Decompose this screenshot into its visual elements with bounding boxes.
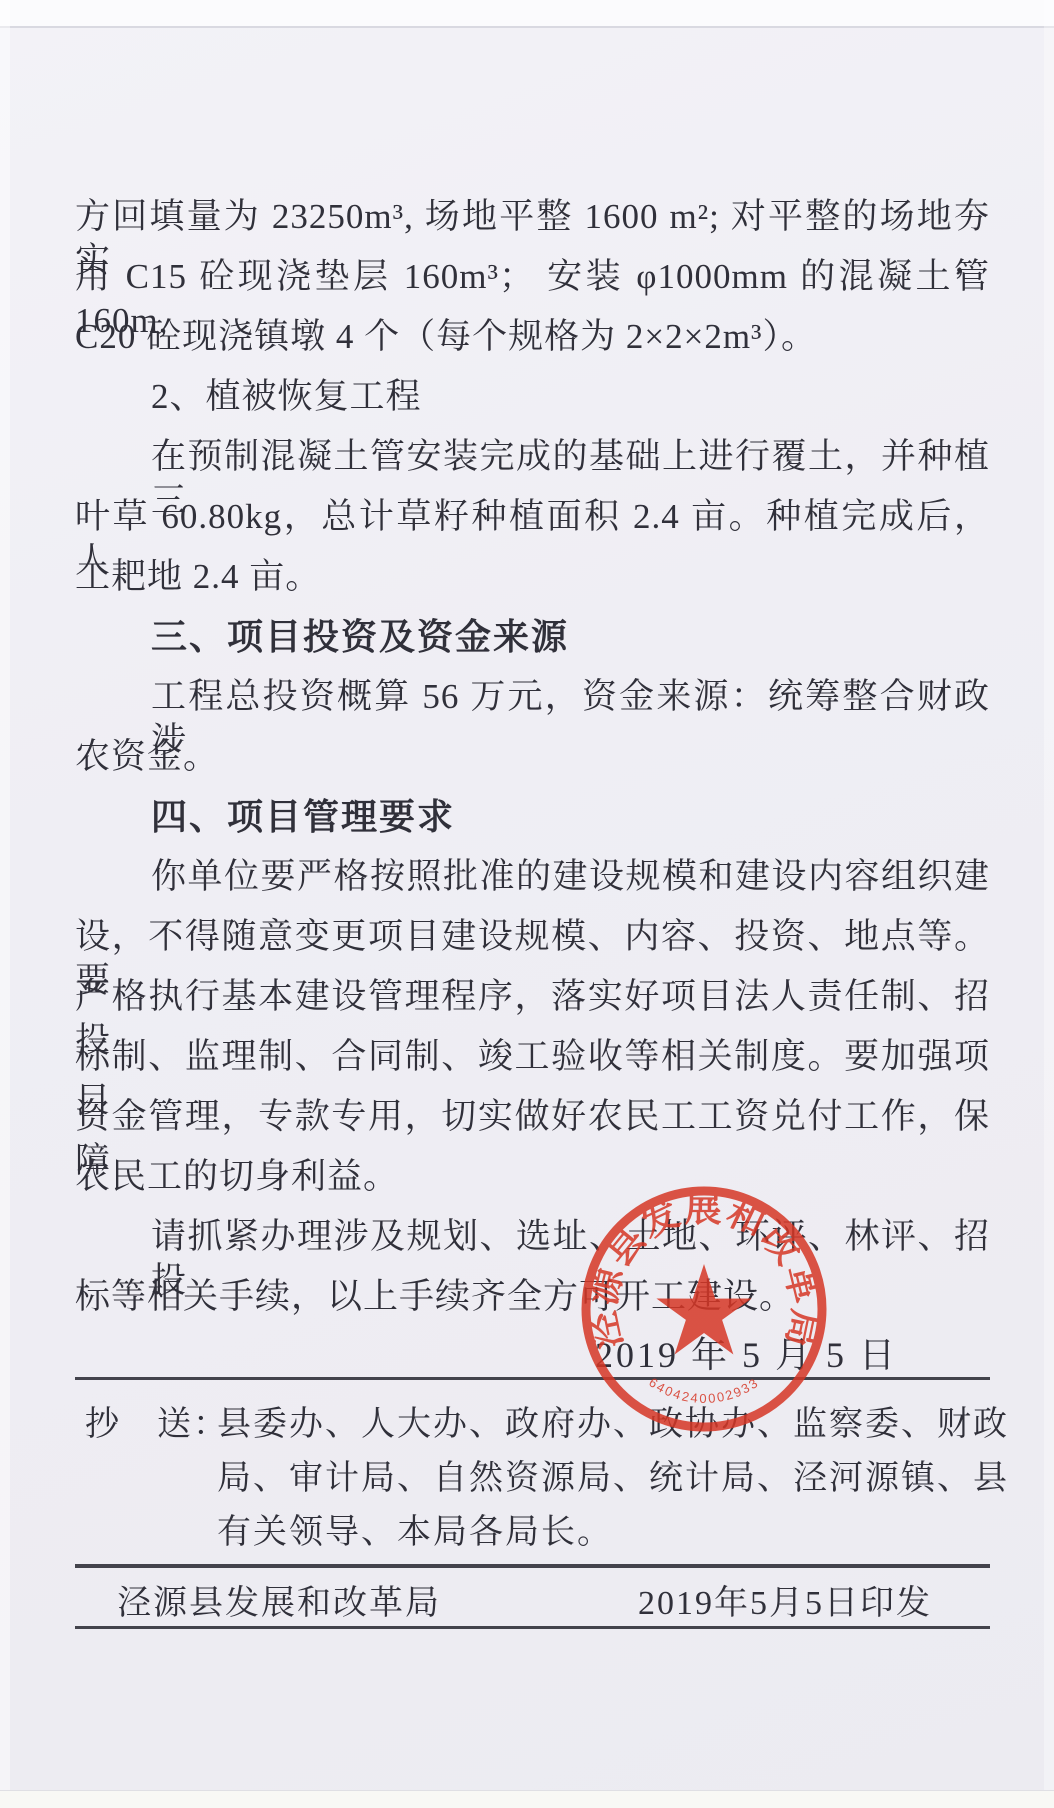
issue-date: 2019 年 5 月 5 日 (75, 1335, 990, 1377)
body-line: 标等相关手续，以上手续齐全方可开工建设。 (75, 1275, 990, 1335)
body-line: 工耙地 2.4 亩。 (75, 555, 990, 615)
footer-row: 泾源县发展和改革局 2019年5月5日印发 (75, 1584, 990, 1626)
body-line: 在预制混凝土管安装完成的基础上进行覆土，并种植三 (75, 435, 990, 495)
body-line: 农民工的切身利益。 (75, 1155, 990, 1215)
scanned-document-page: 方回填量为 23250m³, 场地平整 1600 m²; 对平整的场地夯实， 用… (0, 0, 1054, 1808)
body-line: 严格执行基本建设管理程序，落实好项目法人责任制、招投 (75, 975, 990, 1035)
body-line: 方回填量为 23250m³, 场地平整 1600 m²; 对平整的场地夯实， (75, 195, 990, 255)
separator-rule-bottom (75, 1626, 990, 1629)
cc-line-2: 局、审计局、自然资源局、统计局、泾河源镇、县 (75, 1456, 990, 1510)
photo-left-edge (0, 0, 10, 1808)
body-line: 农资金。 (75, 735, 990, 795)
body-line: 设，不得随意变更项目建设规模、内容、投资、地点等。要 (75, 915, 990, 975)
cc-block: 抄 送： 县委办、人大办、政府办、政协办、监察委、财政 局、审计局、自然资源局、… (75, 1402, 990, 1564)
body-line: 标制、监理制、合同制、竣工验收等相关制度。要加强项目 (75, 1035, 990, 1095)
seal-code: 6404240002933 (646, 1375, 762, 1406)
issuer-name: 泾源县发展和改革局 (117, 1584, 441, 1624)
body-line: 你单位要严格按照批准的建设规模和建设内容组织建 (75, 855, 990, 915)
svg-text:6404240002933: 6404240002933 (646, 1375, 762, 1406)
cc-label: 抄 送： (85, 1402, 217, 1456)
print-date: 2019年5月5日印发 (638, 1584, 932, 1624)
cc-line-3: 有关领导、本局各局长。 (75, 1510, 990, 1564)
subsection-heading: 2、植被恢复工程 (75, 375, 990, 435)
document-body: 方回填量为 23250m³, 场地平整 1600 m²; 对平整的场地夯实， 用… (75, 195, 990, 1629)
seal-star (656, 1264, 751, 1355)
photo-bottom-edge (0, 1790, 1054, 1808)
body-line: 请抓紧办理涉及规划、选址、土地、环评、林评、招投 (75, 1215, 990, 1275)
photo-top-edge (0, 0, 1054, 28)
official-seal: 泾源县发展和改革局 6404240002933 (573, 1178, 835, 1440)
body-line: 用 C15 砼现浇垫层 160m³； 安装 φ1000mm 的混凝土管 160m… (75, 255, 990, 315)
body-line: 资金管理，专款专用，切实做好农民工工资兑付工作，保障 (75, 1095, 990, 1155)
body-line: 工程总投资概算 56 万元，资金来源：统筹整合财政涉 (75, 675, 990, 735)
body-line: 叶草 60.80kg，总计草籽种植面积 2.4 亩。种植完成后，人 (75, 495, 990, 555)
section-heading-management: 四、项目管理要求 (75, 795, 990, 855)
separator-rule-middle (75, 1564, 990, 1568)
photo-right-edge (1044, 0, 1054, 1808)
body-line: C20 砼现浇镇墩 4 个（每个规格为 2×2×2m³）。 (75, 315, 990, 375)
section-heading-investment: 三、项目投资及资金来源 (75, 615, 990, 675)
separator-rule-top (75, 1377, 990, 1380)
